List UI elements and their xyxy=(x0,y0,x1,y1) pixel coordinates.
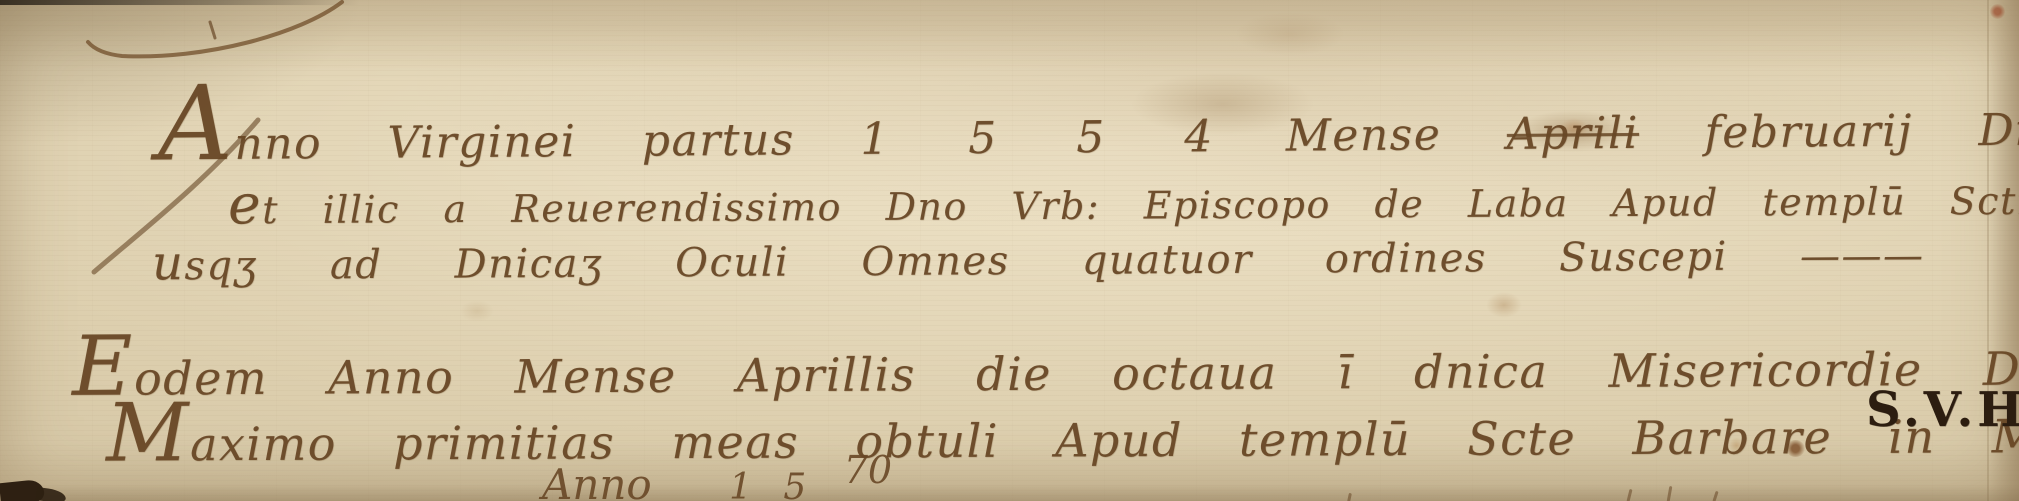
cutoff-ink-mark-bottom-left-2 xyxy=(35,487,67,501)
year-1554: 1 5 5 4 xyxy=(860,111,1220,165)
struck-word-aprili: Aprili xyxy=(1507,108,1640,160)
cutoff-letter-fragment xyxy=(1667,486,1673,501)
faint-stain-top xyxy=(1235,12,1345,56)
words-februarij-die-14: februarij Die 14 xyxy=(1704,104,2019,159)
next-entry-fragment-line: Anno 1 5 70 xyxy=(542,460,892,501)
faint-stain-left xyxy=(460,300,494,322)
words-virginei-partus: Virginei partus xyxy=(387,114,795,168)
entry-line-3: usqʒ ad Dnicaʒ Oculi Omnes quatuor ordin… xyxy=(152,229,1925,288)
marginal-initials-svh: S.V.H. xyxy=(1866,382,2019,438)
word-anno: Anno xyxy=(158,118,322,170)
stray-ink-tick xyxy=(210,22,215,38)
fragment-word-anno: Anno xyxy=(542,460,652,501)
fragment-digits: 1 5 xyxy=(729,467,816,501)
top-edge-dark-sliver xyxy=(0,0,360,5)
entry-line-1: Anno Virginei partus 1 5 5 4 Mense April… xyxy=(158,55,2019,177)
cutoff-letter-fragment xyxy=(1347,493,1352,501)
cutoff-letter-fragment xyxy=(1712,491,1718,501)
entry-line-2: et illic a Reuerendissimo Dno Vrb: Episc… xyxy=(228,167,2019,233)
manuscript-page: Anno Virginei partus 1 5 5 4 Mense April… xyxy=(0,0,2019,501)
entry-line-5: Maximo primitias meas obtuli Apud templū… xyxy=(106,383,2019,473)
word-mense: Mense xyxy=(1286,109,1442,161)
brown-spot-mid-right xyxy=(1486,292,1522,318)
red-dot-top-right-corner xyxy=(1990,4,2005,19)
previous-line-flourish-curve xyxy=(88,2,342,56)
cutoff-letter-fragment xyxy=(1626,489,1632,501)
fragment-raised-70: 70 xyxy=(844,448,892,492)
